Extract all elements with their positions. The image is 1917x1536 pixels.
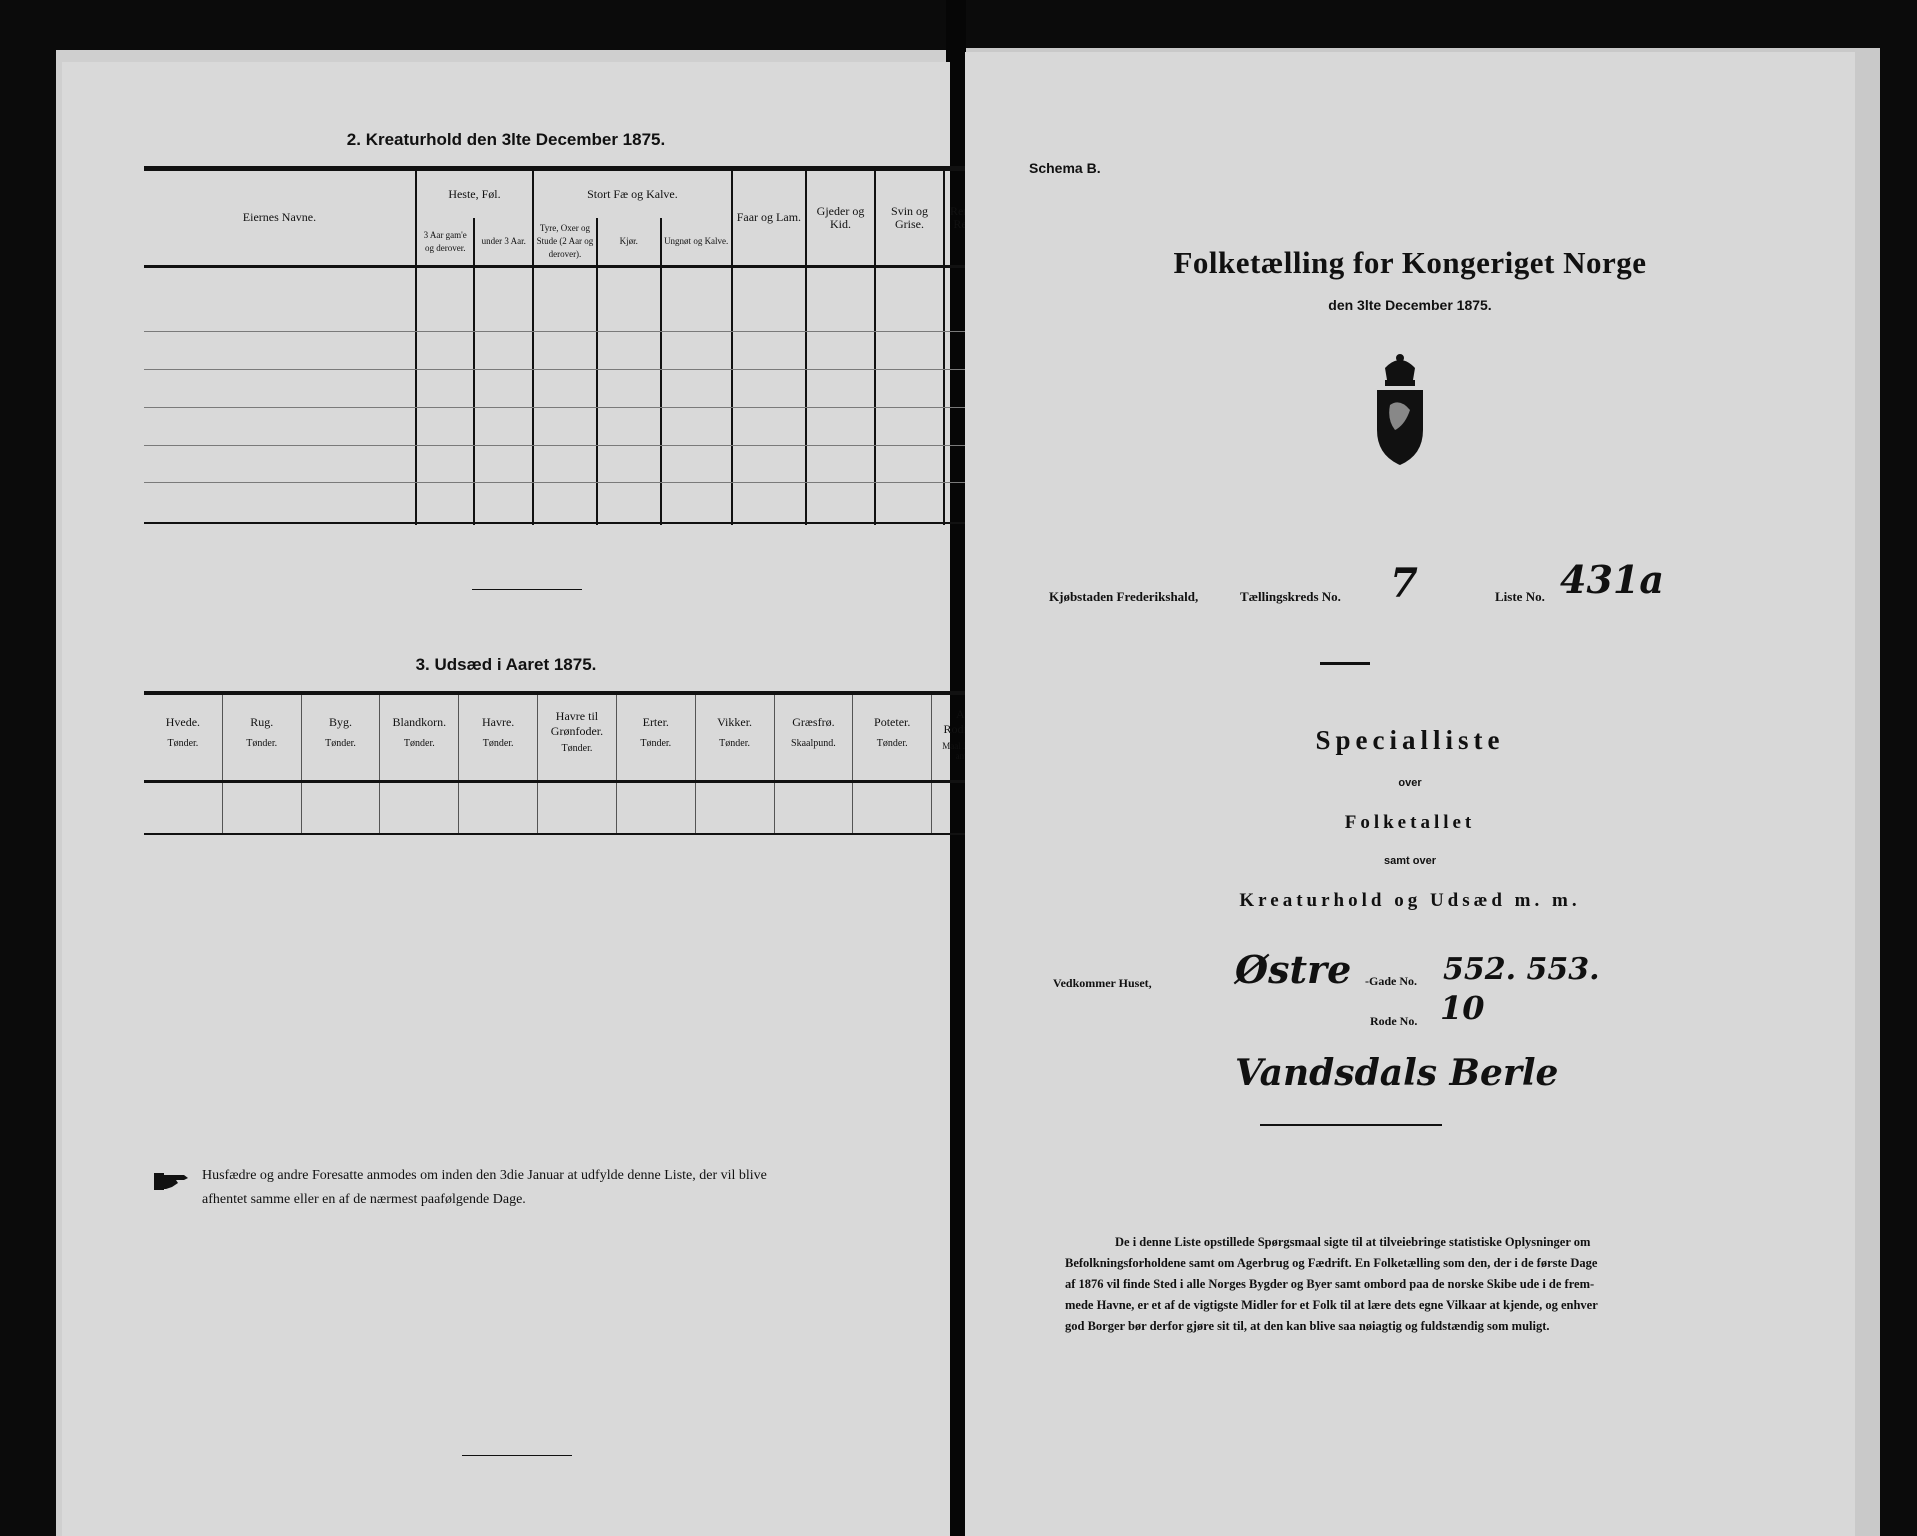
young-cattle-header: Ungnøt og Kalve. bbox=[661, 218, 732, 265]
right-page: Schema B. Folketælling for Kongeriget No… bbox=[965, 52, 1855, 1536]
signature-line bbox=[1260, 1124, 1442, 1126]
owner-col-header: Eiernes Navne. bbox=[144, 170, 416, 265]
cows-header: Kjør. bbox=[597, 218, 661, 265]
schema-label: Schema B. bbox=[1029, 160, 1101, 176]
specialliste-title: Specialliste bbox=[965, 725, 1855, 756]
seed-col-rye: Rug.Tønder. bbox=[223, 695, 302, 835]
left-page: 2. Kreaturhold den 3lte December 1875. E… bbox=[62, 62, 950, 1536]
goats-header: Gjeder og Kid. bbox=[806, 170, 875, 265]
over-label: over bbox=[965, 777, 1855, 789]
horses-under3-header: under 3 Aar. bbox=[474, 218, 533, 265]
street-value: Østre bbox=[1235, 947, 1351, 992]
section3-title: 3. Udsæd i Aaret 1875. bbox=[62, 655, 950, 675]
closing-divider bbox=[462, 1455, 572, 1456]
pointing-hand-icon bbox=[154, 1170, 190, 1192]
gade-label: -Gade No. bbox=[1365, 974, 1417, 989]
signature: Vandsdals Berle bbox=[1235, 1052, 1558, 1094]
census-date: den 3lte December 1875. bbox=[965, 297, 1855, 313]
seed-col-wheat: Hvede.Tønder. bbox=[144, 695, 223, 835]
seed-col-peas: Erter.Tønder. bbox=[617, 695, 696, 835]
census-title: Folketælling for Kongeriget Norge bbox=[965, 245, 1855, 281]
section3-header-rule bbox=[144, 780, 1010, 783]
rode-value: 10 bbox=[1440, 989, 1485, 1027]
section3-bottom-rule bbox=[144, 833, 1010, 835]
folketallet-label: Folketallet bbox=[965, 812, 1855, 834]
district-value: 7 bbox=[1390, 560, 1418, 607]
seed-col-potatoes: Poteter.Tønder. bbox=[853, 695, 932, 835]
sheep-header: Faar og Lam. bbox=[732, 170, 806, 265]
seed-table: Hvede.Tønder. Rug.Tønder. Byg.Tønder. Bl… bbox=[144, 695, 1010, 835]
notice-text: Husfædre og andre Foresatte anmodes om i… bbox=[202, 1164, 982, 1212]
pigs-header: Svin og Grise. bbox=[875, 170, 944, 265]
bulls-header: Tyre, Oxer og Stude (2 Aar og derover). bbox=[533, 218, 597, 265]
list-label: Liste No. bbox=[1495, 589, 1545, 605]
divider bbox=[472, 589, 582, 590]
section2-title: 2. Kreaturhold den 3lte December 1875. bbox=[62, 130, 950, 150]
row-line bbox=[144, 445, 1010, 446]
seed-col-barley: Byg.Tønder. bbox=[302, 695, 381, 835]
row-line bbox=[144, 407, 1010, 408]
seed-col-vetch: Vikker.Tønder. bbox=[696, 695, 775, 835]
row-line bbox=[144, 369, 1010, 370]
seed-col-mixed: Blandkorn.Tønder. bbox=[380, 695, 459, 835]
kreaturhold-label: Kreaturhold og Udsæd m. m. bbox=[965, 890, 1855, 912]
town-label: Kjøbstaden Frederikshald, bbox=[1049, 589, 1198, 605]
horses-header: Heste, Føl. bbox=[416, 170, 533, 218]
samt-over-label: samt over bbox=[965, 855, 1855, 867]
livestock-table: Eiernes Navne. Heste, Føl. Stort Fæ og K… bbox=[144, 170, 1010, 525]
horses-3yr-header: 3 Aar gam'e og derover. bbox=[416, 218, 475, 265]
divider bbox=[1320, 662, 1370, 665]
gade-value: 552. 553. bbox=[1443, 952, 1600, 987]
seed-col-grass-seed: Græsfrø.Skaalpund. bbox=[775, 695, 854, 835]
seed-col-green-oats: Havre til Grønfoder.Tønder. bbox=[538, 695, 617, 835]
house-label: Vedkommer Huset, bbox=[1053, 976, 1152, 991]
list-value: 431a bbox=[1560, 557, 1664, 602]
section2-bottom-rule bbox=[144, 522, 1010, 524]
cattle-header: Stort Fæ og Kalve. bbox=[533, 170, 732, 218]
footer-paragraph: De i denne Liste opstillede Spørgsmaal s… bbox=[1065, 1232, 1805, 1337]
norwegian-coat-of-arms-icon bbox=[1365, 350, 1435, 470]
district-label: Tællingskreds No. bbox=[1240, 589, 1341, 605]
rode-label: Rode No. bbox=[1370, 1014, 1417, 1029]
seed-col-oats: Havre.Tønder. bbox=[459, 695, 538, 835]
row-line bbox=[144, 482, 1010, 483]
row-line bbox=[144, 331, 1010, 332]
